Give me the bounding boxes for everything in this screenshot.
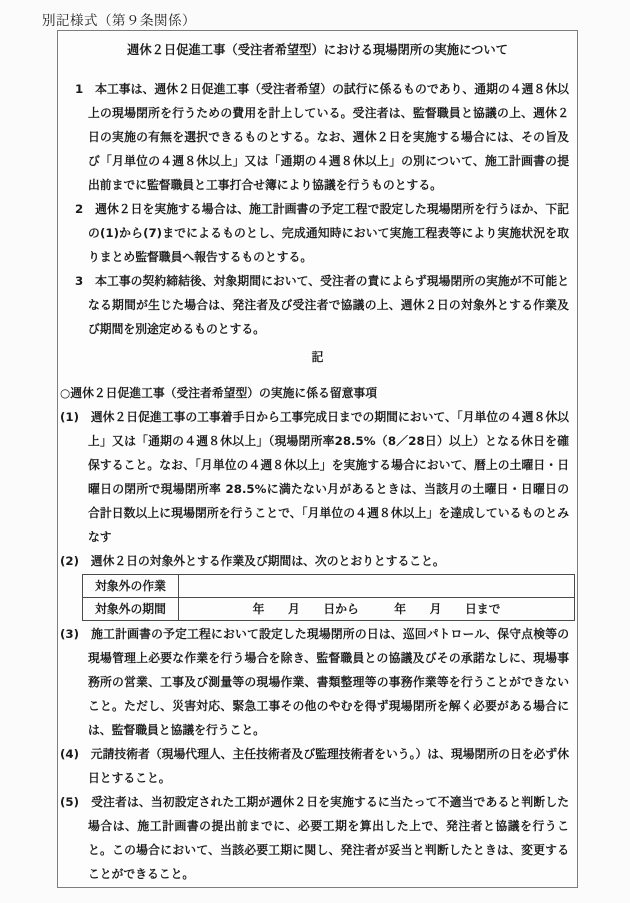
clause-1: 1 本工事は、週休２日促進工事（受注者希望）の試行に係るものであり、通期の４週８… — [88, 77, 569, 197]
excluded-period-value: 年 月 日から 年 月 日まで — [179, 598, 575, 621]
form-label: 別記様式（第９条関係） — [42, 9, 196, 29]
document-box: 週休２日促進工事（受注者希望型）における現場閉所の実施について 1 本工事は、週… — [57, 30, 578, 888]
note-item-3: (3) 施工計画書の予定工程において設定した現場閉所の日は、巡回パトロール、保守… — [88, 622, 569, 742]
notes-heading: ○週休２日促進工事（受注者希望型）の実施に係る留意事項 — [60, 381, 569, 405]
excluded-work-value — [179, 575, 575, 598]
excluded-work-label: 対象外の作業 — [83, 575, 179, 598]
document-page: 別記様式（第９条関係） 週休２日促進工事（受注者希望型）における現場閉所の実施に… — [0, 0, 630, 903]
table-row-excluded-period: 対象外の期間 年 月 日から 年 月 日まで — [83, 598, 575, 621]
clause-3: 3 本工事の契約締結後、対象期間において、受注者の責によらず現場閉所の実施が不可… — [88, 269, 569, 341]
ki-marker: 記 — [58, 345, 577, 369]
note-item-1: (1) 週休２日促進工事の工事着手日から工事完成日までの期間において、「月単位の… — [88, 405, 569, 549]
table-row-excluded-work: 対象外の作業 — [83, 575, 575, 598]
clause-2: 2 週休２日を実施する場合は、施工計画書の予定工程で設定した現場閉所を行うほか、… — [88, 197, 569, 269]
note-item-2: (2) 週休２日の対象外とする作業及び期間は、次のとおりとすること。 — [88, 549, 569, 573]
note-item-5: (5) 受注者は、当初設定された工期が週休２日を実施するに当たって不適当であると… — [88, 790, 569, 886]
note-item-4: (4) 元請技術者（現場代理人、主任技術者及び監理技術者をいう。）は、現場閉所の… — [88, 742, 569, 790]
excluded-period-label: 対象外の期間 — [83, 598, 179, 621]
document-title: 週休２日促進工事（受注者希望型）における現場閉所の実施について — [66, 38, 569, 62]
exclusion-table: 対象外の作業 対象外の期間 年 月 日から 年 月 日まで — [82, 574, 575, 621]
footer-note: （土木工事積算基準、電気通信設備積算基準、機械設備積算基準を使用する場合） — [70, 886, 569, 888]
